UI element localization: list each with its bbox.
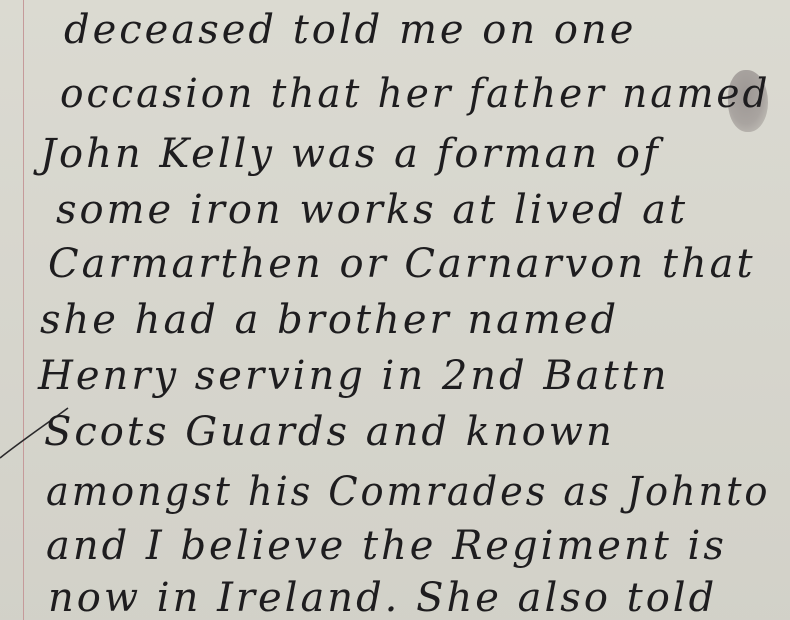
handwritten-line-3: John Kelly was a forman of — [40, 134, 661, 174]
document-page: deceased told me on one occasion that he… — [0, 0, 790, 620]
handwritten-text-block: deceased told me on one occasion that he… — [0, 0, 790, 620]
handwritten-line-10: and I believe the Regiment is — [46, 526, 727, 566]
handwritten-line-9: amongst his Comrades as Johnto — [46, 472, 770, 512]
handwritten-line-8: Scots Guards and known — [44, 412, 615, 452]
handwritten-line-4: some iron works at lived at — [56, 190, 688, 230]
handwritten-line-11: now in Ireland. She also told — [48, 578, 717, 618]
handwritten-line-5: Carmarthen or Carnarvon that — [48, 244, 756, 284]
handwritten-line-2: occasion that her father named — [60, 74, 770, 114]
handwritten-line-6: she had a brother named — [40, 300, 619, 340]
handwritten-line-7: Henry serving in 2nd Battn — [38, 356, 670, 396]
handwritten-line-1: deceased told me on one — [64, 10, 636, 50]
